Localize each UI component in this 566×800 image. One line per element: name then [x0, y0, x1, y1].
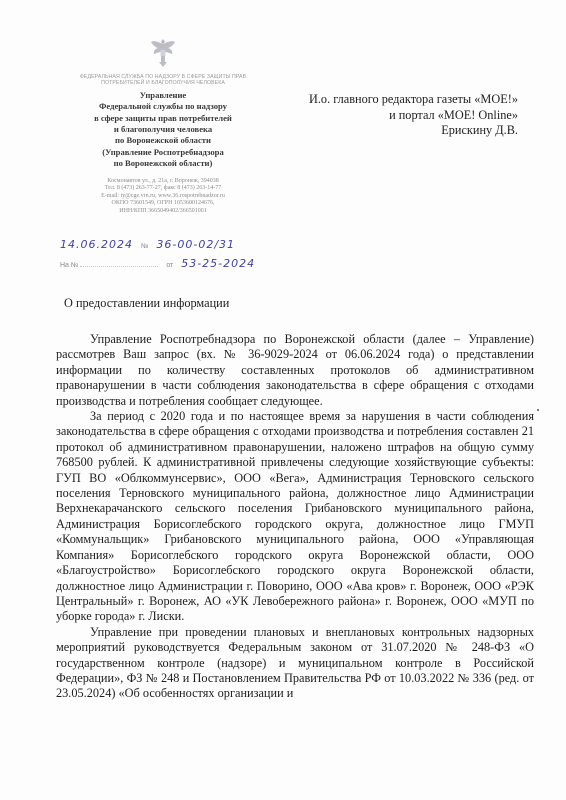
org-line: Федеральной службы по надзору [52, 101, 274, 112]
contact-line: E-mail: ty@cge.vrn.ru, www.36.rospotrebn… [52, 193, 274, 201]
contact-line: ОКПО 73601549, ОГРН 1053600124676, [52, 200, 274, 208]
body-paragraph: Управление Роспотребнадзора по Воронежск… [56, 332, 534, 409]
body-paragraph: За период с 2020 года и по настоящее вре… [56, 409, 534, 625]
addressee-line: И.о. главного редактора газеты «МОЕ!» [309, 92, 518, 108]
ref-blank [80, 266, 158, 267]
contact-line: Тел. 8 (473) 263-77-27, факс 8 (473) 263… [52, 185, 274, 193]
addressee-line: и портал «МОЕ! Online» [309, 108, 518, 124]
addressee-block: И.о. главного редактора газеты «МОЕ!» и … [309, 92, 518, 139]
scan-speck [537, 409, 539, 411]
letter-subject: О предоставлении информации [64, 296, 229, 311]
org-line: Управление [52, 90, 274, 101]
handwritten-number: 36-00-02/31 [156, 238, 235, 251]
ref-from-label: от [166, 262, 173, 269]
handwritten-ref: 53-25-2024 [181, 257, 255, 270]
org-line: по Воронежской области) [52, 158, 274, 169]
body-paragraph: Управление при проведении плановых и вне… [56, 625, 534, 702]
organization-name: Управление Федеральной службы по надзору… [52, 90, 274, 170]
org-line: (Управление Роспотребнадзора [52, 147, 274, 158]
letter-body: Управление Роспотребнадзора по Воронежск… [56, 332, 534, 702]
handwritten-date: 14.06.2024 [60, 238, 133, 251]
letterhead: ФЕДЕРАЛЬНАЯ СЛУЖБА ПО НАДЗОРУ В СФЕРЕ ЗА… [52, 36, 274, 216]
addressee-line: Ерискину Д.В. [309, 123, 518, 139]
org-line: в сфере защиты прав потребителей [52, 113, 274, 124]
contact-line: ИНН/КПП 3665049402/366501001 [52, 208, 274, 216]
org-line: по Воронежской области [52, 135, 274, 146]
incoming-reference: На № от 53-25-2024 [60, 257, 255, 270]
federal-service-line: ПОТРЕБИТЕЛЕЙ И БЛАГОПОЛУЧИЯ ЧЕЛОВЕКА [52, 80, 274, 86]
ref-label: На № [60, 262, 78, 269]
outgoing-registration: 14.06.2024 № 36-00-02/31 [60, 238, 235, 251]
document-page: ФЕДЕРАЛЬНАЯ СЛУЖБА ПО НАДЗОРУ В СФЕРЕ ЗА… [0, 0, 566, 800]
contact-details: Космонавтов ул., д. 21а, г. Воронеж, 394… [52, 178, 274, 216]
org-line: и благополучия человека [52, 124, 274, 135]
double-headed-eagle-emblem-icon [148, 36, 178, 70]
number-label: № [141, 243, 149, 250]
